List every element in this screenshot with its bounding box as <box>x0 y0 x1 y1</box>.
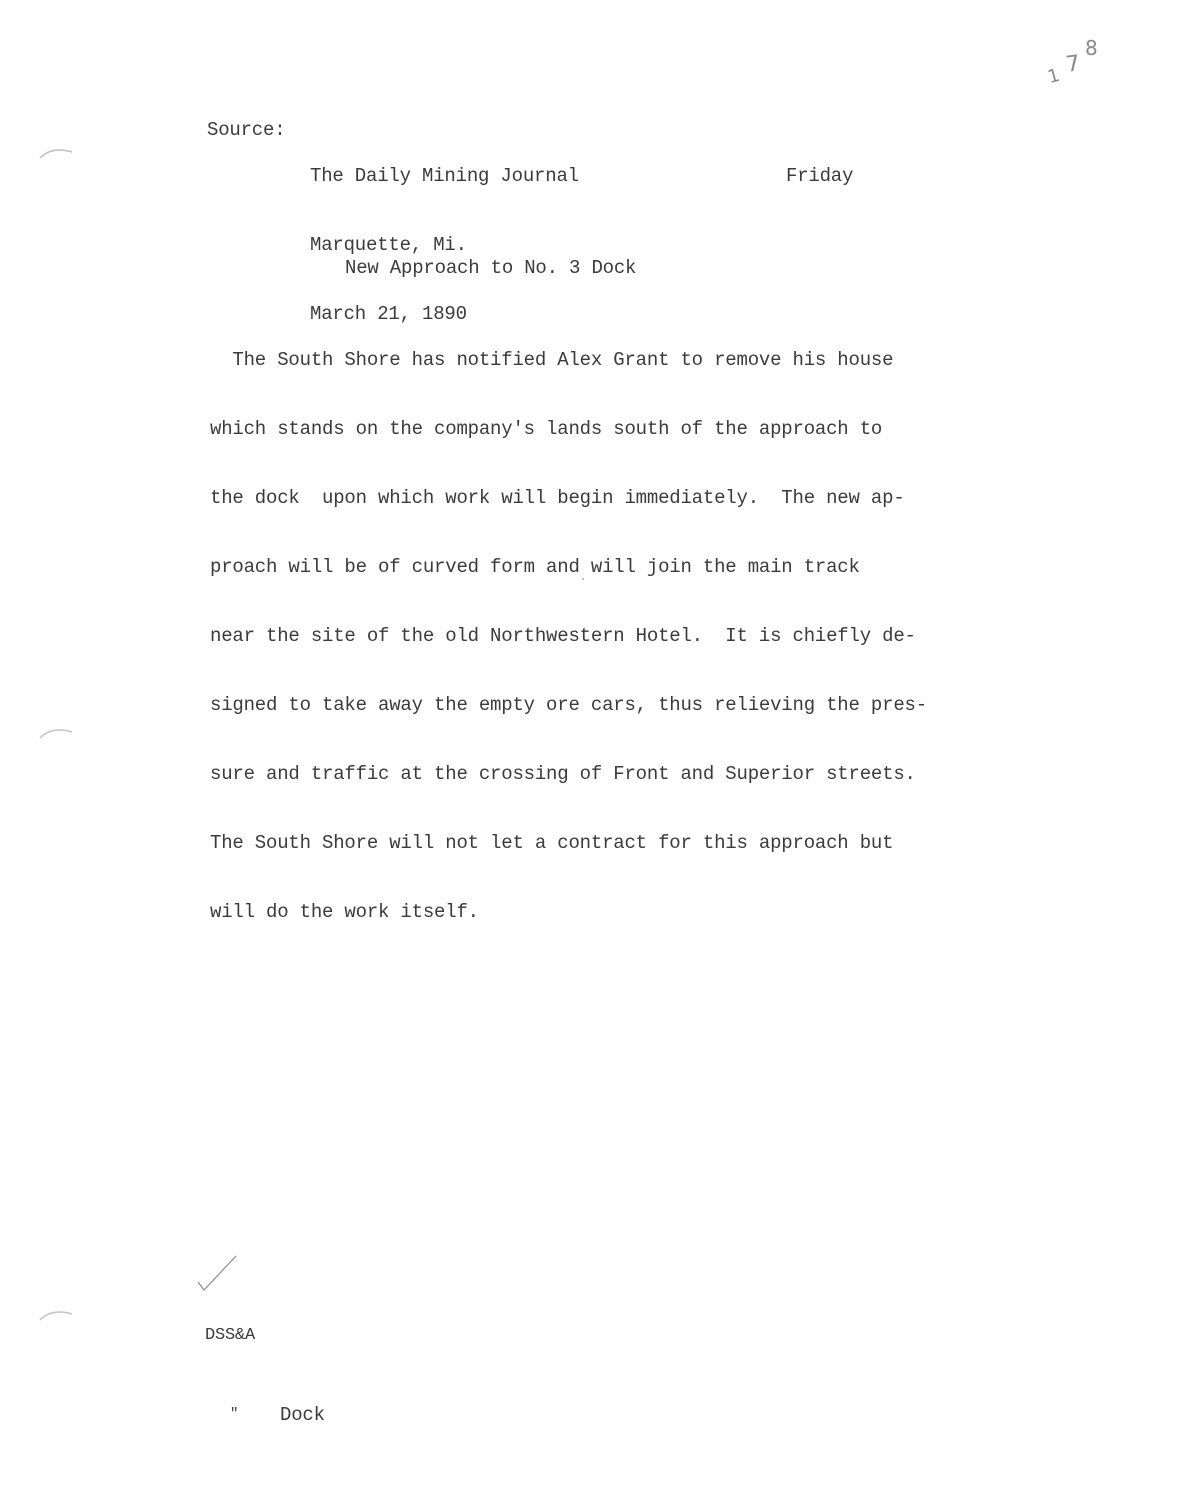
article-line: signed to take away the empty ore cars, … <box>210 694 927 717</box>
article-line: which stands on the company's lands sout… <box>210 418 927 441</box>
article-line: The South Shore will not let a contract … <box>210 832 927 855</box>
punch-hole-mark-icon <box>38 1308 74 1322</box>
publication-location: Marquette, Mi. <box>310 234 579 257</box>
index-term: Dock <box>280 1404 325 1426</box>
article-line: near the site of the old Northwestern Ho… <box>210 625 927 648</box>
index-entry: "Dock <box>200 1401 325 1428</box>
index-terms: DSS&A "Dock <box>200 1269 325 1480</box>
page-number-digit: 7 <box>1064 51 1081 78</box>
paper-speck <box>582 578 584 580</box>
ditto-mark: " <box>200 1401 280 1427</box>
article-line: The South Shore has notified Alex Grant … <box>210 349 927 372</box>
punch-hole-mark-icon <box>38 726 74 740</box>
page-number-digit: 1 <box>1045 65 1061 88</box>
index-term: DSS&A <box>200 1326 255 1345</box>
article-body: The South Shore has notified Alex Grant … <box>210 303 927 970</box>
document-page: 1 7 8 Source: The Daily Mining Journal M… <box>0 0 1193 1500</box>
source-label: Source: <box>207 119 285 141</box>
publication-name: The Daily Mining Journal <box>310 165 579 188</box>
index-entry: DSS&A <box>200 1321 325 1349</box>
article-line: will do the work itself. <box>210 901 927 924</box>
article-line: sure and traffic at the crossing of Fron… <box>210 763 927 786</box>
punch-hole-mark-icon <box>38 146 74 160</box>
article-line: proach will be of curved form and will j… <box>210 556 927 579</box>
page-number-digit: 8 <box>1085 36 1098 60</box>
article-headline: New Approach to No. 3 Dock <box>345 257 636 279</box>
article-line: the dock upon which work will begin imme… <box>210 487 927 510</box>
publication-weekday: Friday <box>786 165 853 187</box>
handwritten-page-number: 1 7 8 <box>1040 36 1120 96</box>
